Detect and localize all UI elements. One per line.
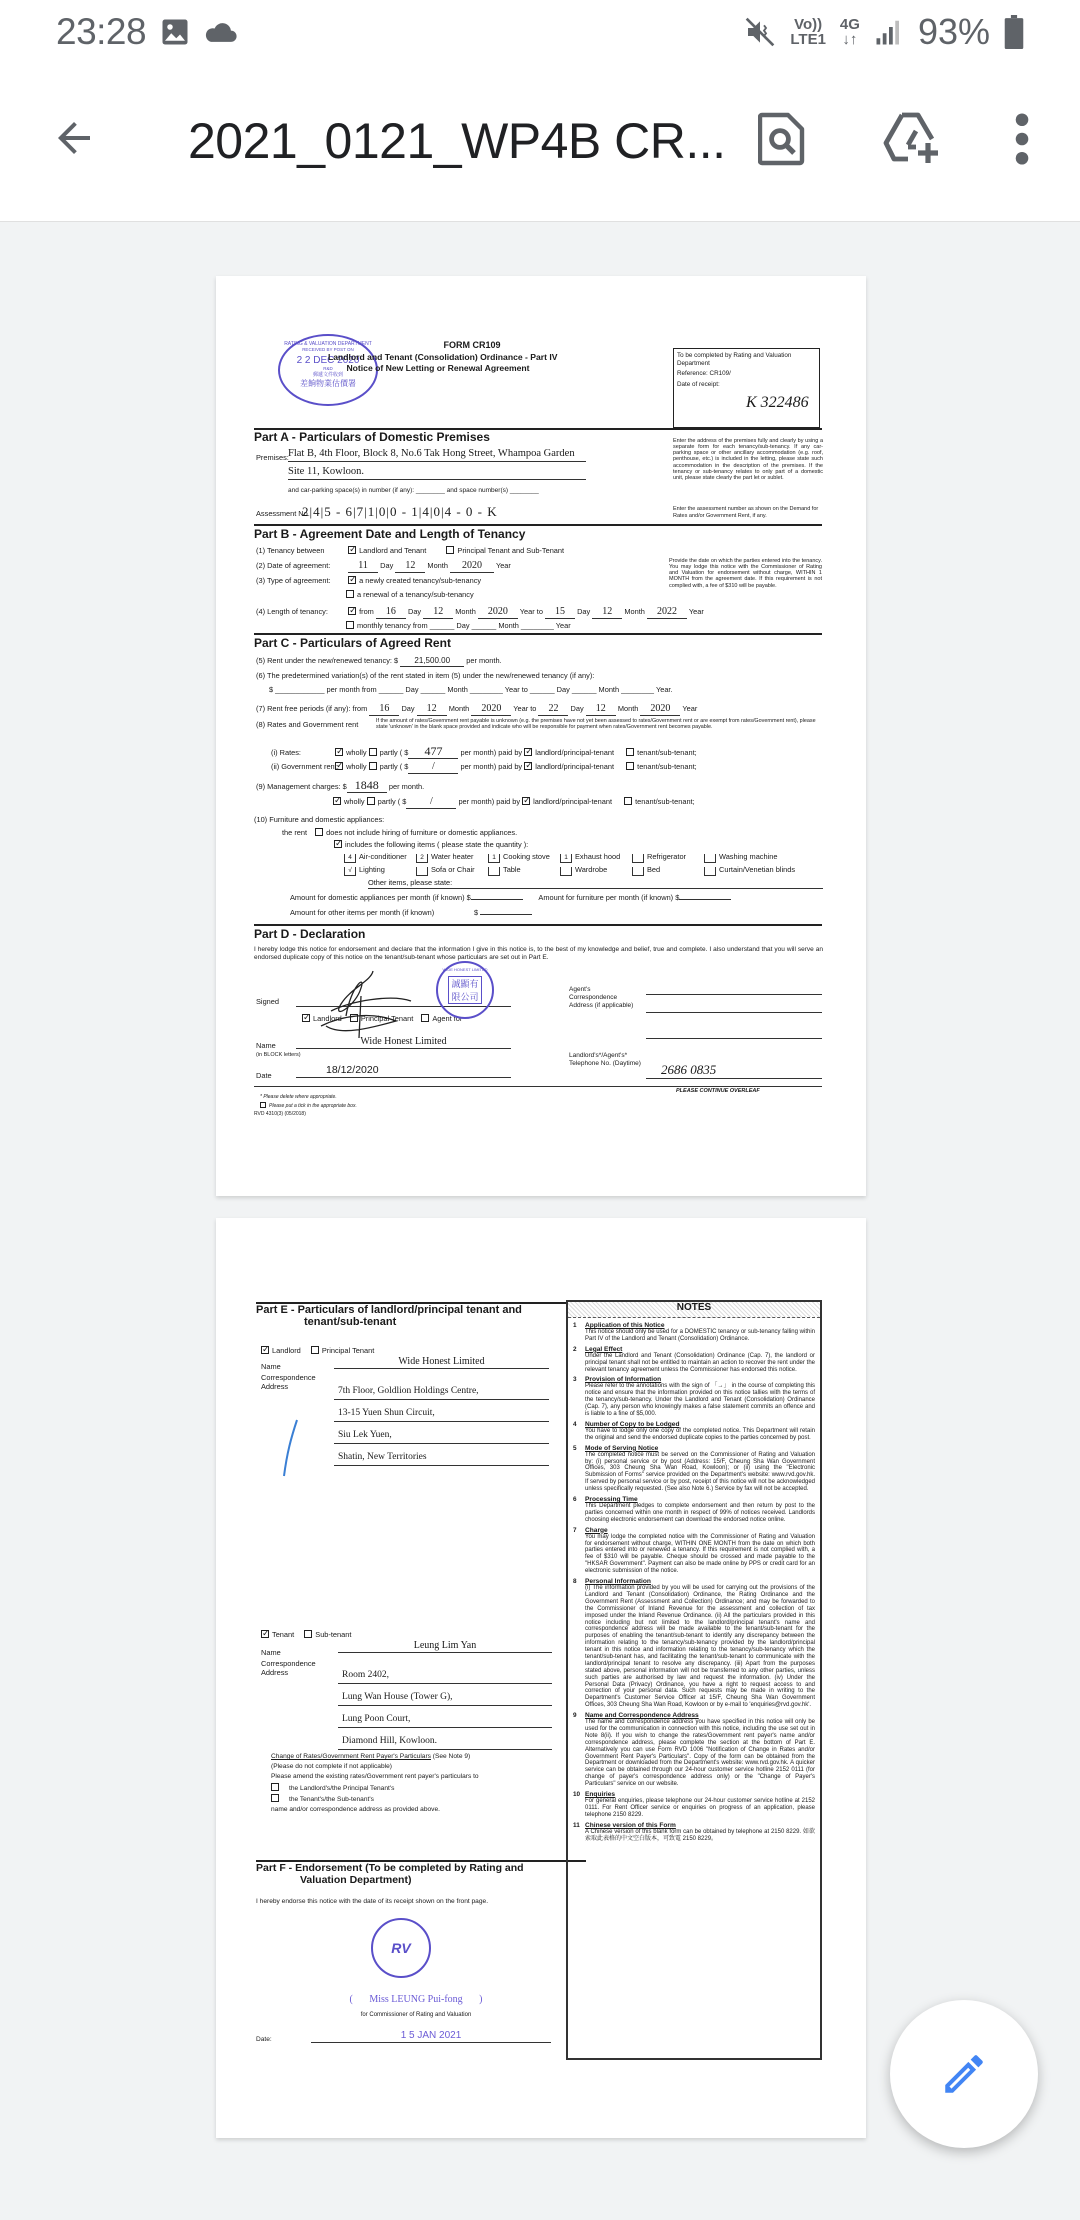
furniture-name: Curtain/Venetian blinds <box>719 865 795 874</box>
endorse-date-label: Date: <box>256 2036 272 2044</box>
tenancy-to-year: 2022 <box>647 606 687 619</box>
endorse-date: 1 5 JAN 2021 <box>311 2030 551 2043</box>
premises-line2: Site 11, Kowloon. <box>288 466 586 480</box>
furniture-name: Refrigerator <box>647 852 686 861</box>
signer-agent-checkbox[interactable] <box>421 1014 429 1022</box>
partE-tenant-row: Tenant Sub-tenant <box>261 1630 351 1640</box>
change-tenant-checkbox[interactable] <box>271 1794 279 1802</box>
mgmt-wholly-checkbox[interactable] <box>333 797 341 805</box>
rent-free-to-day: 22 <box>538 703 568 716</box>
furniture-item: Table <box>488 866 560 876</box>
address-line: Lung Poon Court, <box>338 1706 552 1728</box>
note-title: Charge <box>585 1527 815 1534</box>
part-b-note: Provide the date on which the parties en… <box>669 558 822 589</box>
tenant-st: tenant/sub-tenant; <box>637 748 697 757</box>
wholly: wholly <box>346 748 367 757</box>
landlord-pt: landlord/principal-tenant <box>535 748 614 757</box>
form-code: RVD 4310(3) (05/2018) <box>254 1111 306 1117</box>
parte-landlord: Landlord <box>272 1346 301 1355</box>
govrent-wholly-checkbox[interactable] <box>335 762 343 770</box>
rvd-box-heading: To be completed by Rating and Valuation … <box>677 352 816 367</box>
q1-opt1: Landlord and Tenant <box>359 546 426 555</box>
note-item: 7ChargeYou may lodge the completed notic… <box>573 1527 815 1575</box>
signal-icon <box>874 17 904 47</box>
word-day: Day <box>577 607 590 616</box>
q5-label: (5) Rent under the new/renewed tenancy: … <box>256 656 398 665</box>
rent-free-from-day: 16 <box>369 703 399 716</box>
tenant-name-label: Name <box>261 1649 281 1658</box>
q7-row: (7) Rent free periods (if any): from 16 … <box>256 703 697 716</box>
word-year: Year <box>682 704 697 713</box>
mgmt-landlord-checkbox[interactable] <box>522 797 530 805</box>
word-month: Month <box>427 561 448 570</box>
note-text: Under the Landlord and Tenant (Consolida… <box>585 1353 815 1374</box>
q1-label: (1) Tenancy between <box>256 547 346 556</box>
furniture-qty: 2 <box>416 854 428 863</box>
footnote-checkbox <box>260 1102 266 1108</box>
q4-fixed-checkbox[interactable] <box>348 607 356 615</box>
change-heading: Change of Rates/Government Rent Payer's … <box>271 1753 431 1760</box>
premises-line1: Flat B, 4th Floor, Block 8, No.6 Tak Hon… <box>288 448 586 462</box>
q8-label: (8) Rates and Government rent <box>256 721 358 730</box>
landlord-pt: landlord/principal-tenant <box>533 797 612 806</box>
note-item: 3Provision of InformationPlease refer to… <box>573 1376 815 1417</box>
note-text: (i) The information provided by you will… <box>585 1585 815 1709</box>
amount-row: Amount for domestic appliances per month… <box>290 894 731 903</box>
note-text: Please refer to the annotations with the… <box>585 1383 815 1417</box>
note-number: 3 <box>573 1376 585 1417</box>
note-number: 8 <box>573 1578 585 1709</box>
officer-name: Miss LEUNG Pui-fong <box>369 1994 462 2005</box>
per-month: per month. <box>466 656 501 665</box>
add-to-drive-icon <box>882 111 942 167</box>
stamp-cn2: 差餉物業估價署 <box>280 378 376 389</box>
q3-row2: a renewal of a tenancy/sub-tenancy <box>346 590 474 600</box>
address-line: 13-15 Yuen Shun Circuit, <box>334 1400 549 1422</box>
q9-row: (9) Management charges: $1848 per month. <box>256 778 424 793</box>
per-month: per month. <box>389 782 424 791</box>
word-day: Day <box>401 704 414 713</box>
rent-not-incl-row: the rent does not include hiring of furn… <box>282 828 517 838</box>
part-c-heading: Part C - Particulars of Agreed Rent <box>254 636 451 650</box>
wholly: wholly <box>344 797 365 806</box>
part-e-heading: Part E - Particulars of landlord/princip… <box>256 1304 556 1328</box>
mgmt-partly-amount: / <box>406 796 456 809</box>
q2-row: (2) Date of agreement: 11 Day 12 Month 2… <box>256 560 511 573</box>
rent-incl: includes the following items ( please st… <box>345 840 528 849</box>
agreement-month: 12 <box>395 560 425 573</box>
chop-cn: 誠顯有限公司 <box>448 976 482 1004</box>
furniture-name: Air-conditioner <box>359 852 407 861</box>
premises-label: Premises: <box>256 454 289 463</box>
rates-partly-checkbox[interactable] <box>369 748 377 756</box>
parte-tenant: Tenant <box>272 1630 294 1639</box>
rates-row: (i) Rates: wholly partly ( $477 per mont… <box>271 744 697 759</box>
volte-lte1-icon: Vo))LTE1 <box>790 17 826 47</box>
paid-by: per month) paid by <box>461 748 523 757</box>
note-item: 11Chinese version of this FormA Chinese … <box>573 1822 815 1843</box>
q4-label: (4) Length of tenancy: <box>256 608 346 617</box>
q4-row2: monthly tenancy from ______ Day ______ M… <box>346 621 571 631</box>
part-f-heading-1: Part F - Endorsement (To be completed by… <box>256 1863 586 1875</box>
back-arrow-icon[interactable] <box>50 114 98 162</box>
q1-row: (1) Tenancy between Landlord and Tenant … <box>256 546 564 556</box>
mgmt-tenant-checkbox[interactable] <box>624 797 632 805</box>
furniture-item: √Lighting <box>344 866 416 876</box>
company-chop: WIDE HONEST LIMITED 誠顯有限公司 <box>436 961 494 1019</box>
q3-renewal-checkbox[interactable] <box>346 590 354 598</box>
q6-label: (6) The predetermined variation(s) of th… <box>256 672 594 681</box>
note-text: For general enquiries, please telephone … <box>585 1798 815 1819</box>
word-day: Day <box>571 704 584 713</box>
note-number: 6 <box>573 1496 585 1524</box>
declaration-date: 18/12/2020 <box>296 1064 511 1078</box>
q5-row: (5) Rent under the new/renewed tenancy: … <box>256 656 502 667</box>
agreement-day: 11 <box>348 560 378 573</box>
furniture-qty: √ <box>344 867 356 876</box>
note-body: Number of Copy to be LodgedYou have to l… <box>585 1421 815 1442</box>
q3-opt2: a renewal of a tenancy/sub-tenancy <box>357 590 474 599</box>
note-body: Legal EffectUnder the Landlord and Tenan… <box>585 1346 815 1374</box>
status-bar: 23:28 Vo))LTE1 4G↓↑ 93% <box>0 0 1080 64</box>
furniture-item: Sofa or Chair <box>416 866 488 876</box>
q1-principal-subtenant-checkbox[interactable] <box>446 546 454 554</box>
document-page-1[interactable]: RATING & VALUATION DEPARTMENT RECEIVED B… <box>216 276 866 1196</box>
furniture-item: 2Water heater <box>416 853 488 863</box>
q2-label: (2) Date of agreement: <box>256 562 346 571</box>
q3-new-checkbox[interactable] <box>348 576 356 584</box>
note-item: 8Personal Information(i) The information… <box>573 1578 815 1709</box>
note-item: 9Name and Correspondence AddressThe name… <box>573 1712 815 1788</box>
lte1-label: LTE1 <box>790 31 826 48</box>
furniture-name: Cooking stove <box>503 852 550 861</box>
change-na: (Please do not complete if not applicabl… <box>271 1762 561 1772</box>
receipt-label: Date of receipt: <box>677 381 816 389</box>
change-text: Please amend the existing rates/Governme… <box>271 1772 561 1782</box>
edit-fab-button[interactable] <box>890 2000 1038 2148</box>
rates-wholly-checkbox[interactable] <box>335 748 343 756</box>
document-page-2[interactable]: Part E - Particulars of landlord/princip… <box>216 1218 866 2138</box>
q1-opt2: Principal Tenant and Sub-Tenant <box>457 546 564 555</box>
note-item: 1Application of this NoticeThis notice s… <box>573 1322 815 1343</box>
furniture-row-1: 4Air-conditioner2Water heater1Cooking st… <box>344 853 794 863</box>
change-tail: name and/or correspondence address as pr… <box>271 1805 561 1815</box>
signer-landlord-checkbox[interactable] <box>302 1014 310 1022</box>
parte-subtenant: Sub-tenant <box>315 1630 351 1639</box>
mgmt-partly-checkbox[interactable] <box>367 797 375 805</box>
commissioner-label: for Commissioner of Rating and Valuation <box>346 2012 486 2019</box>
rent-free-from-year: 2020 <box>471 703 511 716</box>
form-title-line2: Notice of New Letting or Renewal Agreeme… <box>338 363 538 374</box>
name-label: Name <box>256 1042 276 1051</box>
address-line: 7th Floor, Goldlion Holdings Centre, <box>334 1378 549 1400</box>
footnote-2: Please put a tick in the appropriate box… <box>269 1103 357 1109</box>
part-a-note: Enter the address of the premises fully … <box>673 438 823 481</box>
officer-row: ( Miss LEUNG Pui-fong ) <box>346 1994 486 2006</box>
note-item: 4Number of Copy to be LodgedYou have to … <box>573 1421 815 1442</box>
landlord-name: Wide Honest Limited <box>334 1356 549 1369</box>
landlord-pt: landlord/principal-tenant <box>535 762 614 771</box>
q6-line: $ ____________ per month from ______ Day… <box>269 686 673 695</box>
management-charges: 1848 <box>347 778 387 793</box>
note-body: Processing TimeThis Department pledges t… <box>585 1496 815 1524</box>
find-in-document-button[interactable] <box>752 106 812 172</box>
furniture-name: Wardrobe <box>575 865 607 874</box>
note-number: 1 <box>573 1322 585 1343</box>
note-number: 11 <box>573 1822 585 1843</box>
furniture-item: 1Cooking stove <box>488 853 560 863</box>
rates-tenant-checkbox[interactable] <box>626 748 634 756</box>
furniture-item: 1Exhaust hood <box>560 853 632 863</box>
part-b-heading: Part B - Agreement Date and Length of Te… <box>254 527 525 541</box>
word-month: Month <box>618 704 639 713</box>
q7-label: (7) Rent free periods (if any): from <box>256 704 367 713</box>
battery-percent: 93% <box>918 11 990 53</box>
signed-label: Signed <box>256 998 279 1007</box>
note-body: Mode of Serving NoticeThe completed noti… <box>585 1445 815 1493</box>
pen-mark-icon <box>281 1418 301 1478</box>
network-label: 4G <box>840 16 860 33</box>
edit-pencil-icon <box>939 2049 989 2099</box>
date-label: Date <box>256 1072 272 1081</box>
note-number: 10 <box>573 1791 585 1819</box>
note-title: Legal Effect <box>585 1346 815 1353</box>
furniture-qty <box>632 854 644 863</box>
mgmt-paid-row: wholly partly ( $/ per month) paid by la… <box>333 796 695 809</box>
note-text: You may lodge the completed notice with … <box>585 1534 815 1575</box>
word-month: Month <box>449 704 470 713</box>
note-title: Enquiries <box>585 1791 815 1798</box>
furniture-item: Wardrobe <box>560 866 632 876</box>
document-viewer[interactable]: RATING & VALUATION DEPARTMENT RECEIVED B… <box>0 222 1080 2220</box>
cloud-icon <box>204 19 238 45</box>
furniture-item: 4Air-conditioner <box>344 853 416 863</box>
agreement-year: 2020 <box>450 560 494 573</box>
part-e-heading-1: Part E - Particulars of landlord/princip… <box>256 1304 556 1316</box>
notes-box: NOTES 1Application of this NoticeThis no… <box>566 1300 822 2060</box>
parte-tenant-checkbox[interactable] <box>261 1630 269 1638</box>
furniture-name: Exhaust hood <box>575 852 620 861</box>
signature-icon <box>311 966 421 1041</box>
landlord-addr-label: Correspondence Address <box>261 1374 321 1392</box>
note-text: The name and correspondence address you … <box>585 1719 815 1788</box>
furniture-qty: 1 <box>488 854 500 863</box>
rent-free-from-month: 12 <box>417 703 447 716</box>
furniture-item: Curtain/Venetian blinds <box>704 866 794 876</box>
app-bar: 2021_0121_WP4B CR... <box>0 64 1080 222</box>
q10-label: (10) Furniture and domestic appliances: <box>254 816 384 825</box>
tenancy-from-day: 16 <box>376 606 406 619</box>
rates-landlord-checkbox[interactable] <box>524 748 532 756</box>
govrent-label: (ii) Government rent: <box>271 763 333 772</box>
4g-data-icon: 4G↓↑ <box>840 17 860 47</box>
note-title: Personal Information <box>585 1578 815 1585</box>
continue-overleaf: PLEASE CONTINUE OVERLEAF <box>676 1088 760 1095</box>
furniture-item: Bed <box>632 866 704 876</box>
govrent-landlord-checkbox[interactable] <box>524 762 532 770</box>
furniture-name: Bed <box>647 865 660 874</box>
monthly-rent: 21,500.00 <box>400 656 464 667</box>
find-in-document-icon <box>758 111 806 167</box>
battery-icon <box>1004 15 1024 49</box>
wholly: wholly <box>346 762 367 771</box>
telephone-label: Landlord's*/Agent's* Telephone No. (Dayt… <box>569 1052 649 1068</box>
word-year-to: Year to <box>513 704 536 713</box>
note-body: Name and Correspondence AddressThe name … <box>585 1712 815 1788</box>
signer-role-row: Landlord Principal Tenant Agent for <box>302 1014 462 1024</box>
rent-not-incl: does not include hiring of furniture or … <box>326 828 517 837</box>
part-e-heading-2: tenant/sub-tenant <box>256 1316 556 1328</box>
rvd-use-box: To be completed by Rating and Valuation … <box>673 348 820 428</box>
more-options-button[interactable] <box>992 106 1052 172</box>
assessment-number: 2|4|5 - 6|7|1|0|0 - 1|4|0|4 - 0 - K <box>302 504 498 520</box>
note-item: 10EnquiriesFor general enquiries, please… <box>573 1791 815 1819</box>
agent-address-label: Agent's Correspondence Address (if appli… <box>569 986 639 1009</box>
note-text: You have to lodge only one copy of the c… <box>585 1428 815 1442</box>
rent-free-to-month: 12 <box>586 703 616 716</box>
q3-label: (3) Type of agreement: <box>256 577 346 586</box>
reference-value: K 322486 <box>746 393 809 412</box>
note-body: Provision of InformationPlease refer to … <box>585 1376 815 1417</box>
note-number: 5 <box>573 1445 585 1493</box>
furniture-name: Washing machine <box>719 852 777 861</box>
note-item: 6Processing TimeThis Department pledges … <box>573 1496 815 1524</box>
tenant-address: Room 2402,Lung Wan House (Tower G),Lung … <box>338 1662 552 1750</box>
note-text: This notice should only be used for a DO… <box>585 1329 815 1343</box>
other-items: Other items, please state: <box>368 879 823 889</box>
furniture-qty: 1 <box>560 854 572 863</box>
furniture-item: Refrigerator <box>632 853 704 863</box>
telephone-number: 2686 0835 <box>646 1062 822 1079</box>
partly: partly ( $ <box>380 748 409 757</box>
word-from: from <box>359 607 374 616</box>
landlord-address: 7th Floor, Goldlion Holdings Centre,13-1… <box>334 1378 549 1466</box>
furniture-qty: 4 <box>344 854 356 863</box>
signer-pt: Principal Tenant <box>361 1014 413 1023</box>
part-f-heading: Part F - Endorsement (To be completed by… <box>256 1863 586 1886</box>
q1-landlord-tenant-checkbox[interactable] <box>348 546 356 554</box>
note-text: The completed notice must be served on t… <box>585 1452 815 1493</box>
q3-opt1: a newly created tenancy/sub-tenancy <box>359 576 481 585</box>
image-icon <box>160 17 190 47</box>
monthly-tenancy: monthly tenancy from ______ Day ______ M… <box>357 621 571 630</box>
furniture-qty <box>704 854 716 863</box>
parte-pt: Principal Tenant <box>322 1346 374 1355</box>
tenancy-to-month: 12 <box>592 606 622 619</box>
word-day: Day <box>408 607 421 616</box>
assessment-note: Enter the assessment number as shown on … <box>673 506 823 519</box>
word-month: Month <box>624 607 645 616</box>
address-line: Shatin, New Territories <box>334 1444 549 1466</box>
note-number: 4 <box>573 1421 585 1442</box>
part-a-heading: Part A - Particulars of Domestic Premise… <box>254 430 490 444</box>
note-body: Chinese version of this FormA Chinese ve… <box>585 1822 815 1843</box>
address-line: Room 2402, <box>338 1662 552 1684</box>
parte-landlord-checkbox[interactable] <box>261 1346 269 1354</box>
rent-not-incl-checkbox[interactable] <box>315 828 323 836</box>
word-day: Day <box>380 561 393 570</box>
rent-free-to-year: 2020 <box>640 703 680 716</box>
amount-furniture: Amount for furniture per month (if known… <box>538 893 679 902</box>
amount-other-row: Amount for other items per month (if kno… <box>290 909 532 918</box>
paid-by: per month) paid by <box>461 762 523 771</box>
address-line: Diamond Hill, Kowloon. <box>338 1728 552 1750</box>
note-text: This Department pledges to complete endo… <box>585 1503 815 1524</box>
address-line: Siu Lek Yuen, <box>334 1422 549 1444</box>
partE-landlord-row: Landlord Principal Tenant <box>261 1346 374 1356</box>
note-title: Processing Time <box>585 1496 815 1503</box>
notes-list: 1Application of this NoticeThis notice s… <box>568 1318 820 1842</box>
tenancy-from-year: 2020 <box>478 606 518 619</box>
note-item: 5Mode of Serving NoticeThe completed not… <box>573 1445 815 1493</box>
mute-icon <box>744 16 776 48</box>
change-landlord-checkbox[interactable] <box>271 1783 279 1791</box>
rent-incl-row: includes the following items ( please st… <box>334 840 528 850</box>
amount-other: Amount for other items per month (if kno… <box>290 909 474 918</box>
part-f-heading-2: Valuation Department) <box>256 1875 586 1887</box>
rvd-seal: RV <box>371 1918 431 1978</box>
partly: partly ( $ <box>380 762 409 771</box>
parte-pt-checkbox[interactable] <box>311 1346 319 1354</box>
parte-subtenant-checkbox[interactable] <box>304 1630 312 1638</box>
change-see-note: (See Note 9) <box>433 1753 470 1760</box>
document-title: 2021_0121_WP4B CR... <box>188 112 726 170</box>
change-opt1: the Landlord's/the Principal Tenant's <box>289 1785 394 1792</box>
address-line: Lung Wan House (Tower G), <box>338 1684 552 1706</box>
signer-pt-checkbox[interactable] <box>350 1014 358 1022</box>
declaration-text: I hereby lodge this notice for endorseme… <box>254 946 823 962</box>
govrent-partly-checkbox[interactable] <box>369 762 377 770</box>
furniture-name: Lighting <box>359 865 385 874</box>
furniture-qty <box>488 867 500 876</box>
tenancy-from-month: 12 <box>423 606 453 619</box>
carpark-line: and car-parking space(s) in number (if a… <box>288 487 539 495</box>
word-month: Month <box>455 607 476 616</box>
q8-note: If the amount of rates/Government rent p… <box>376 719 823 731</box>
note-title: Chinese version of this Form <box>585 1822 815 1829</box>
note-body: Application of this NoticeThis notice sh… <box>585 1322 815 1343</box>
furniture-qty <box>560 867 572 876</box>
rent-incl-checkbox[interactable] <box>334 840 342 848</box>
paid-by: per month) paid by <box>458 797 520 806</box>
note-body: EnquiriesFor general enquiries, please t… <box>585 1791 815 1819</box>
tenant-addr-label: Correspondence Address <box>261 1660 321 1678</box>
note-title: Name and Correspondence Address <box>585 1712 815 1719</box>
furniture-row-2: √Lighting Sofa or Chair Table Wardrobe B… <box>344 866 794 876</box>
add-to-drive-button[interactable] <box>882 106 942 172</box>
declarant-name: Wide Honest Limited <box>296 1036 511 1049</box>
q3-row: (3) Type of agreement: a newly created t… <box>256 576 481 586</box>
tenancy-to-day: 15 <box>545 606 575 619</box>
furniture-name: Table <box>503 865 521 874</box>
note-title: Mode of Serving Notice <box>585 1445 815 1452</box>
furniture-qty <box>632 867 644 876</box>
furniture-qty <box>704 867 716 876</box>
word-year-to: Year to <box>520 607 543 616</box>
q9-label: (9) Management charges: $ <box>256 782 347 791</box>
word-year: Year <box>689 607 704 616</box>
rates-amount: 477 <box>408 744 458 759</box>
more-vert-icon <box>1015 112 1029 166</box>
endorse-text: I hereby endorse this notice with the da… <box>256 1898 488 1906</box>
note-number: 2 <box>573 1346 585 1374</box>
q4-monthly-checkbox[interactable] <box>346 621 354 629</box>
note-body: ChargeYou may lodge the completed notice… <box>585 1527 815 1575</box>
word-year: Year <box>496 561 511 570</box>
note-body: Personal Information(i) The information … <box>585 1578 815 1709</box>
govrent-tenant-checkbox[interactable] <box>626 762 634 770</box>
note-number: 9 <box>573 1712 585 1788</box>
